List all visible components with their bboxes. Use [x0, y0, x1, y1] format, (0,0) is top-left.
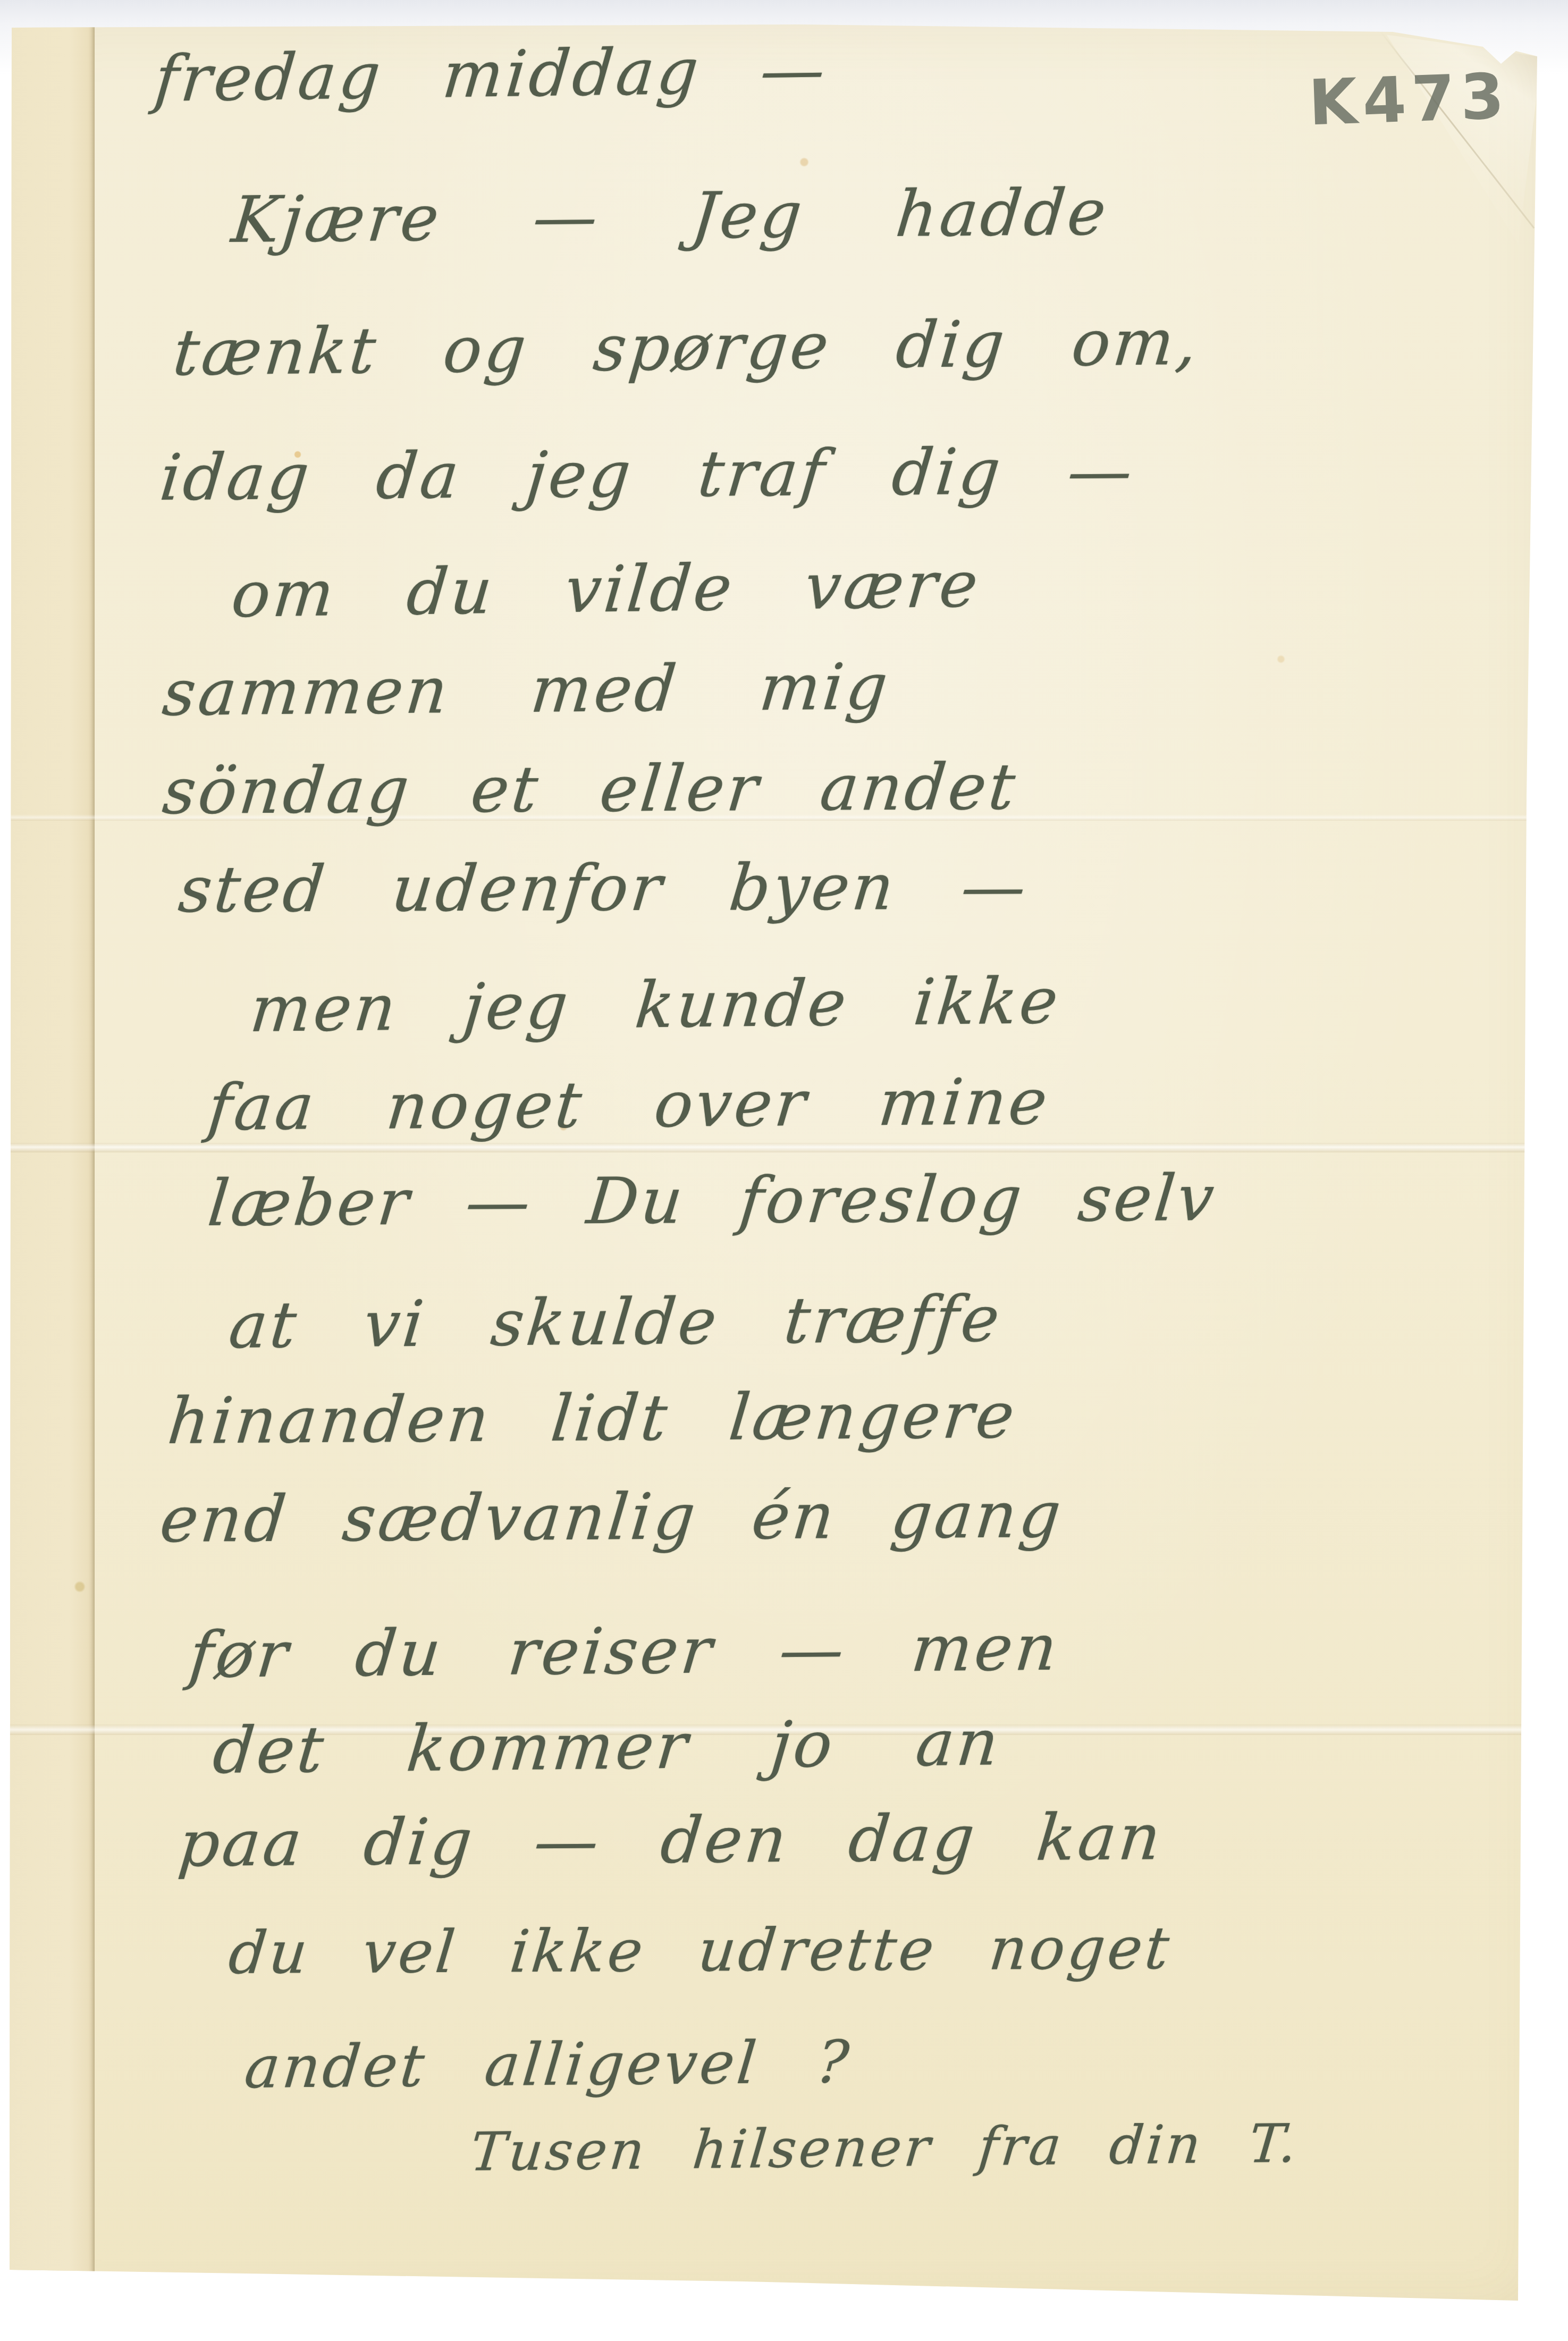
letter-line-5: om du vilde være	[229, 548, 984, 632]
letter-line-18: du vel ikke udrette noget	[226, 1914, 1175, 1987]
letter-line-9: men jeg kunde ikke	[247, 964, 1064, 1047]
letter-line-13: hinanden lidt længere	[165, 1379, 1020, 1459]
letter-line-19: andet alligevel ?	[242, 2028, 854, 2101]
letter-line-3: tænkt og spørge dig om,	[170, 306, 1203, 390]
left-fold-strip	[10, 21, 95, 2275]
letter-line-11: læber — Du foreslog selv	[205, 1161, 1220, 1241]
scan-background: K473 fredag middag — Kjære — Jeg hadde t…	[0, 0, 1568, 2341]
letter-line-4: idag da jeg traf dig —	[157, 434, 1138, 515]
letter-line-2: Kjære — Jeg hadde	[229, 176, 1112, 257]
letter-line-7: söndag et eller andet	[159, 751, 1021, 829]
letter-sheet: K473 fredag middag — Kjære — Jeg hadde t…	[0, 0, 1568, 2341]
letter-line-6: sammen med mig	[159, 650, 893, 730]
letter-line-15: før du reiser — men	[186, 1611, 1063, 1692]
letter-line-12: at vi skulde træffe	[226, 1282, 1005, 1363]
letter-signature: Tusen hilsener fra din T.	[468, 2112, 1302, 2183]
catalog-number: K473	[1308, 59, 1511, 139]
letter-line-14: end sædvanlig én gang	[157, 1478, 1066, 1557]
letter-line-1: fredag middag —	[151, 33, 831, 116]
letter-line-8: sted udenfor byen —	[175, 850, 1032, 927]
letter-line-17: paa dig — den dag kan	[175, 1800, 1166, 1881]
letter-line-16: det kommer jo an	[210, 1706, 1004, 1788]
letter-line-10: faa noget over mine	[205, 1065, 1053, 1145]
